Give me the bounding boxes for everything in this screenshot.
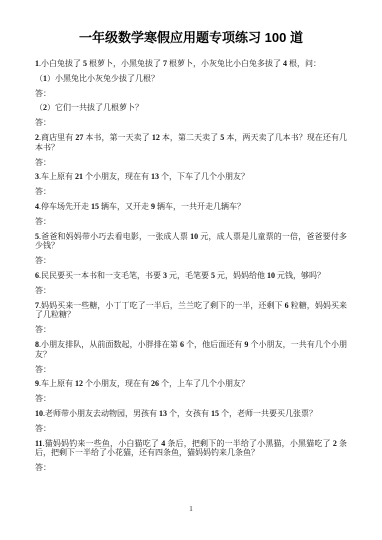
answer-line: 答： — [35, 325, 347, 335]
question-line: 1.小白兔拔了 5 根萝卜，小黑兔拔了 7 根萝卜，小灰兔比小白兔多拔了 4 根… — [35, 59, 347, 69]
page-title: 一年级数学寒假应用题专项练习 100 道 — [35, 30, 347, 46]
answer-line: 答： — [35, 89, 347, 99]
page-number: 1 — [0, 504, 382, 513]
answer-line: 答： — [35, 463, 347, 473]
question-line: 7.妈妈买来一些糖，小丁丁吃了一半后，兰兰吃了剩下的一半，还剩下 6 粒糖，妈妈… — [35, 301, 347, 321]
answer-line: 答： — [35, 365, 347, 375]
answer-line: 答： — [35, 256, 347, 266]
answer-line: 答： — [35, 217, 347, 227]
subquestion-line: （2）它们一共拔了几根萝卜？ — [35, 103, 347, 113]
question-line: 6.民民要买一本书和一支毛笔，书要 3 元，毛笔要 5 元，妈妈给他 10 元钱… — [35, 271, 347, 281]
question-line: 4.停车场先开走 15 辆车，又开走 9 辆车，一共开走几辆车？ — [35, 202, 347, 212]
answer-line: 答： — [35, 424, 347, 434]
answer-line: 答： — [35, 394, 347, 404]
subquestion-line: （1）小黑兔比小灰兔少拔了几根？ — [35, 74, 347, 84]
question-line: 8.小朋友排队，从前面数起，小胖排在第 6 个，他后面还有 9 个小朋友，一共有… — [35, 340, 347, 360]
question-line: 9.车上原有 12 个小朋友，现在有 26 个，上车了几个小朋友？ — [35, 379, 347, 389]
question-line: 2.商店里有 27 本书，第一天卖了 12 本，第二天卖了 5 本，两天卖了几本… — [35, 133, 347, 153]
answer-line: 答： — [35, 286, 347, 296]
question-line: 10.老师带小朋友去动物园，男孩有 13 个，女孩有 15 个，老师一共要买几张… — [35, 409, 347, 419]
question-line: 5.爸爸和妈妈带小巧去看电影，一张成人票 10 元，成人票是儿童票的一倍，爸爸要… — [35, 232, 347, 252]
question-line: 3.车上原有 21 个小朋友，现在有 13 个，下车了几个小朋友？ — [35, 172, 347, 182]
answer-line: 答： — [35, 187, 347, 197]
answer-line: 答： — [35, 158, 347, 168]
question-line: 11.猫妈妈钓来一些鱼，小白猫吃了 4 条后，把剩下的一半给了小黑猫，小黑猫吃了… — [35, 439, 347, 459]
answer-line: 答： — [35, 118, 347, 128]
worksheet-page: 一年级数学寒假应用题专项练习 100 道 1.小白兔拔了 5 根萝卜，小黑兔拔了… — [0, 0, 382, 540]
